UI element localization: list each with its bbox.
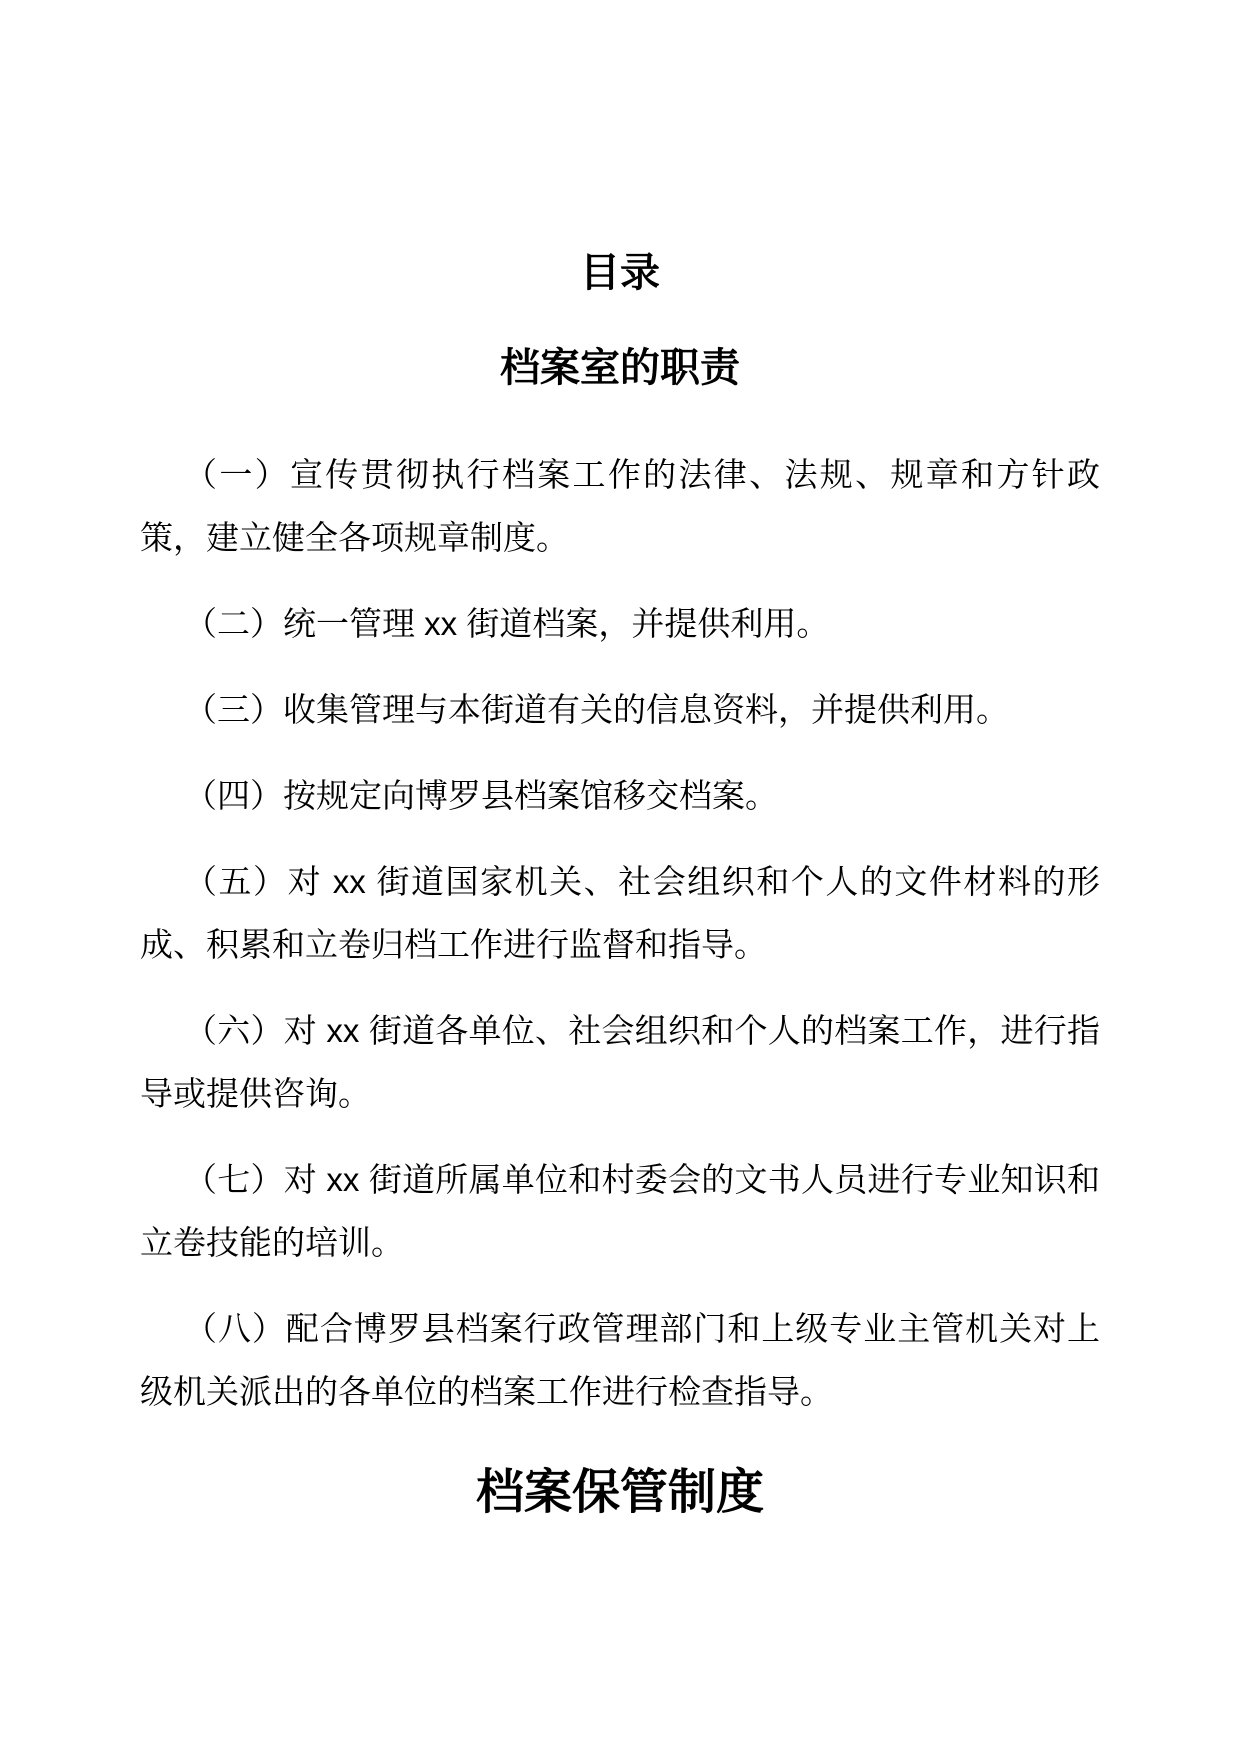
document-page: 目录 档案室的职责 （一）宣传贯彻执行档案工作的法律、法规、规章和方针政策，建立…	[0, 0, 1240, 1754]
section-heading-archive-storage: 档案保管制度	[140, 1465, 1100, 1521]
duties-paragraph-7: （七）对 xx 街道所属单位和村委会的文书人员进行专业知识和立卷技能的培训。	[140, 1148, 1100, 1274]
duties-paragraph-6: （六）对 xx 街道各单位、社会组织和个人的档案工作，进行指导或提供咨询。	[140, 999, 1100, 1125]
duties-paragraph-8: （八）配合博罗县档案行政管理部门和上级专业主管机关对上级机关派出的各单位的档案工…	[140, 1297, 1100, 1423]
duties-paragraph-3: （三）收集管理与本街道有关的信息资料，并提供利用。	[140, 678, 1100, 741]
duties-paragraph-2: （二）统一管理 xx 街道档案，并提供利用。	[140, 592, 1100, 655]
toc-title: 目录	[140, 250, 1100, 296]
duties-paragraph-5: （五）对 xx 街道国家机关、社会组织和个人的文件材料的形成、积累和立卷归档工作…	[140, 850, 1100, 976]
duties-paragraph-1: （一）宣传贯彻执行档案工作的法律、法规、规章和方针政策，建立健全各项规章制度。	[140, 443, 1100, 569]
section-heading-archive-duties: 档案室的职责	[140, 344, 1100, 392]
duties-paragraph-4: （四）按规定向博罗县档案馆移交档案。	[140, 764, 1100, 827]
